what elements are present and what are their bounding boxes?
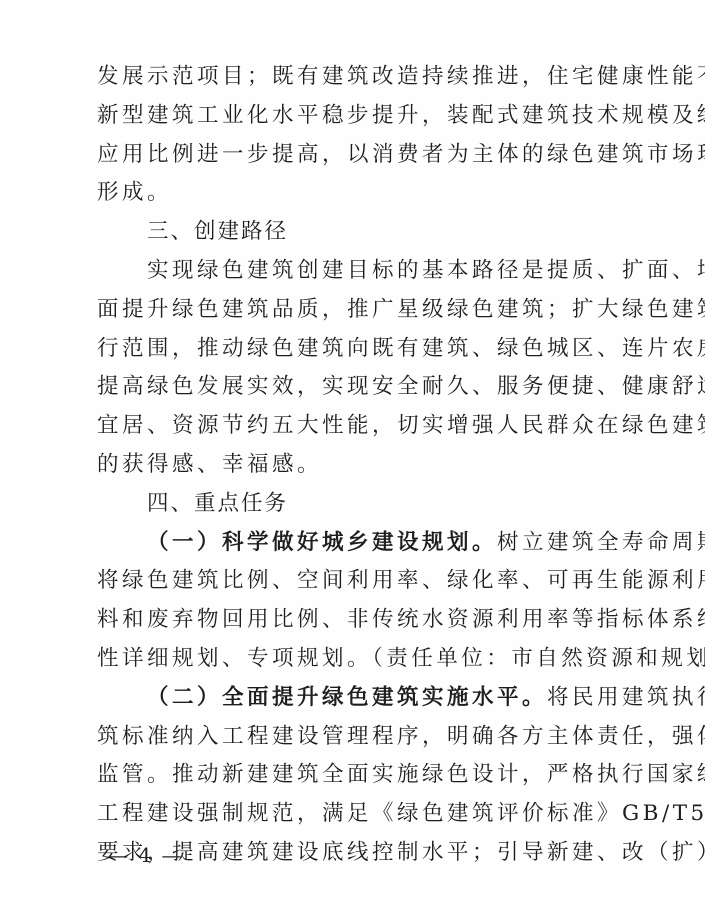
text-line: 面提升绿色建筑品质，推广星级绿色建筑；扩大绿色建筑标准执	[97, 291, 629, 330]
text-line: 料和废弃物回用比例、非传统水资源利用率等指标体系纳入控制	[97, 601, 629, 640]
text-line: 宜居、资源节约五大性能，切实增强人民群众在绿色建筑发展中	[97, 407, 629, 446]
section-heading-3: 三、创建路径	[97, 213, 629, 252]
task-item-1-text: 树立建筑全寿命周期理念，	[497, 530, 705, 555]
page-number: — 4 —	[108, 843, 183, 867]
task-item-1-first-line: （一）科学做好城乡建设规划。树立建筑全寿命周期理念，	[97, 524, 629, 563]
document-body: 发展示范项目；既有建筑改造持续推进，住宅健康性能不断完善， 新型建筑工业化水平稳…	[97, 58, 629, 873]
text-line: 的获得感、幸福感。	[97, 446, 629, 485]
document-page: 发展示范项目；既有建筑改造持续推进，住宅健康性能不断完善， 新型建筑工业化水平稳…	[0, 0, 705, 914]
task-item-2-text: 将民用建筑执行绿色建	[547, 685, 705, 710]
section-heading-4: 四、重点任务	[97, 485, 629, 524]
text-line: 工程建设强制规范，满足《绿色建筑评价标准》GB/T50378-2019	[97, 795, 629, 834]
task-item-1-title: （一）科学做好城乡建设规划。	[147, 530, 497, 555]
text-line: 应用比例进一步提高，以消费者为主体的绿色建筑市场环境基本	[97, 136, 629, 175]
text-line: 实现绿色建筑创建目标的基本路径是提质、扩面、增效。全	[97, 252, 629, 291]
text-line: 行范围，推动绿色建筑向既有建筑、绿色城区、连片农房延伸；	[97, 330, 629, 369]
text-line: 监管。推动新建建筑全面实施绿色设计，严格执行国家绿色建筑	[97, 756, 629, 795]
text-line: 发展示范项目；既有建筑改造持续推进，住宅健康性能不断完善，	[97, 58, 629, 97]
task-item-2-first-line: （二）全面提升绿色建筑实施水平。将民用建筑执行绿色建	[97, 679, 629, 718]
text-line: 性详细规划、专项规划。（责任单位：市自然资源和规划局）	[97, 640, 629, 679]
text-line: 将绿色建筑比例、空间利用率、绿化率、可再生能源利用率、材	[97, 562, 629, 601]
text-line: 新型建筑工业化水平稳步提升，装配式建筑技术规模及绿色建材	[97, 97, 629, 136]
text-line: 提高绿色发展实效，实现安全耐久、服务便捷、健康舒适、环境	[97, 368, 629, 407]
text-line: 形成。	[97, 174, 629, 213]
text-line: 筑标准纳入工程建设管理程序，明确各方主体责任，强化闭合式	[97, 718, 629, 757]
task-item-2-title: （二）全面提升绿色建筑实施水平。	[147, 685, 547, 710]
